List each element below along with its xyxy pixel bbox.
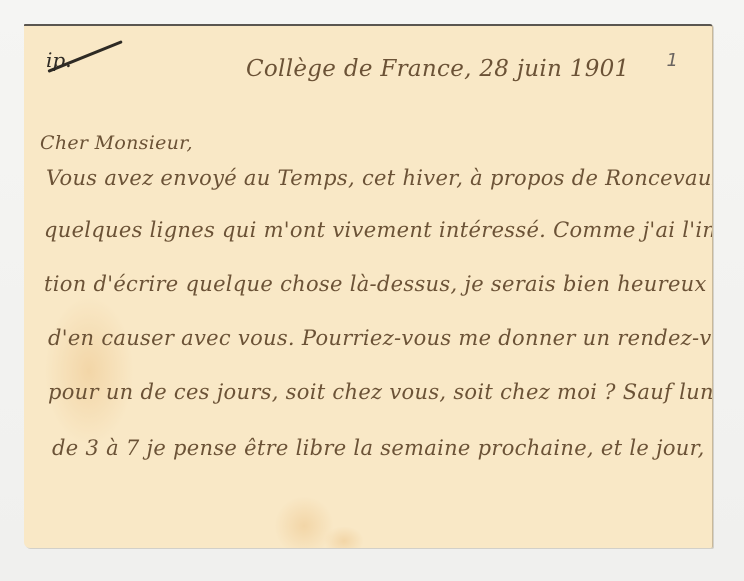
body-line: tion d'écrire quelque chose là-dessus, j… — [44, 272, 707, 296]
body-line: quelques lignes qui m'ont vivement intér… — [44, 218, 713, 242]
foxing-stain — [44, 296, 134, 446]
letter-card: ip. 1 Collège de France, 28 juin 1901 Ch… — [24, 24, 713, 548]
body-line: de 3 à 7 je pense être libre la semaine … — [52, 436, 705, 460]
scan-page: ip. 1 Collège de France, 28 juin 1901 Ch… — [0, 0, 744, 581]
salutation: Cher Monsieur, — [40, 132, 193, 154]
foxing-stain — [274, 496, 334, 548]
body-line: Vous avez envoyé au Temps, cet hiver, à … — [46, 166, 713, 190]
letter-header: Collège de France, 28 juin 1901 — [246, 56, 630, 82]
foxing-stain — [324, 526, 364, 548]
body-line: pour un de ces jours, soit chez vous, so… — [48, 380, 713, 404]
body-line: d'en causer avec vous. Pourriez-vous me … — [48, 326, 713, 350]
page-number: 1 — [667, 50, 678, 71]
